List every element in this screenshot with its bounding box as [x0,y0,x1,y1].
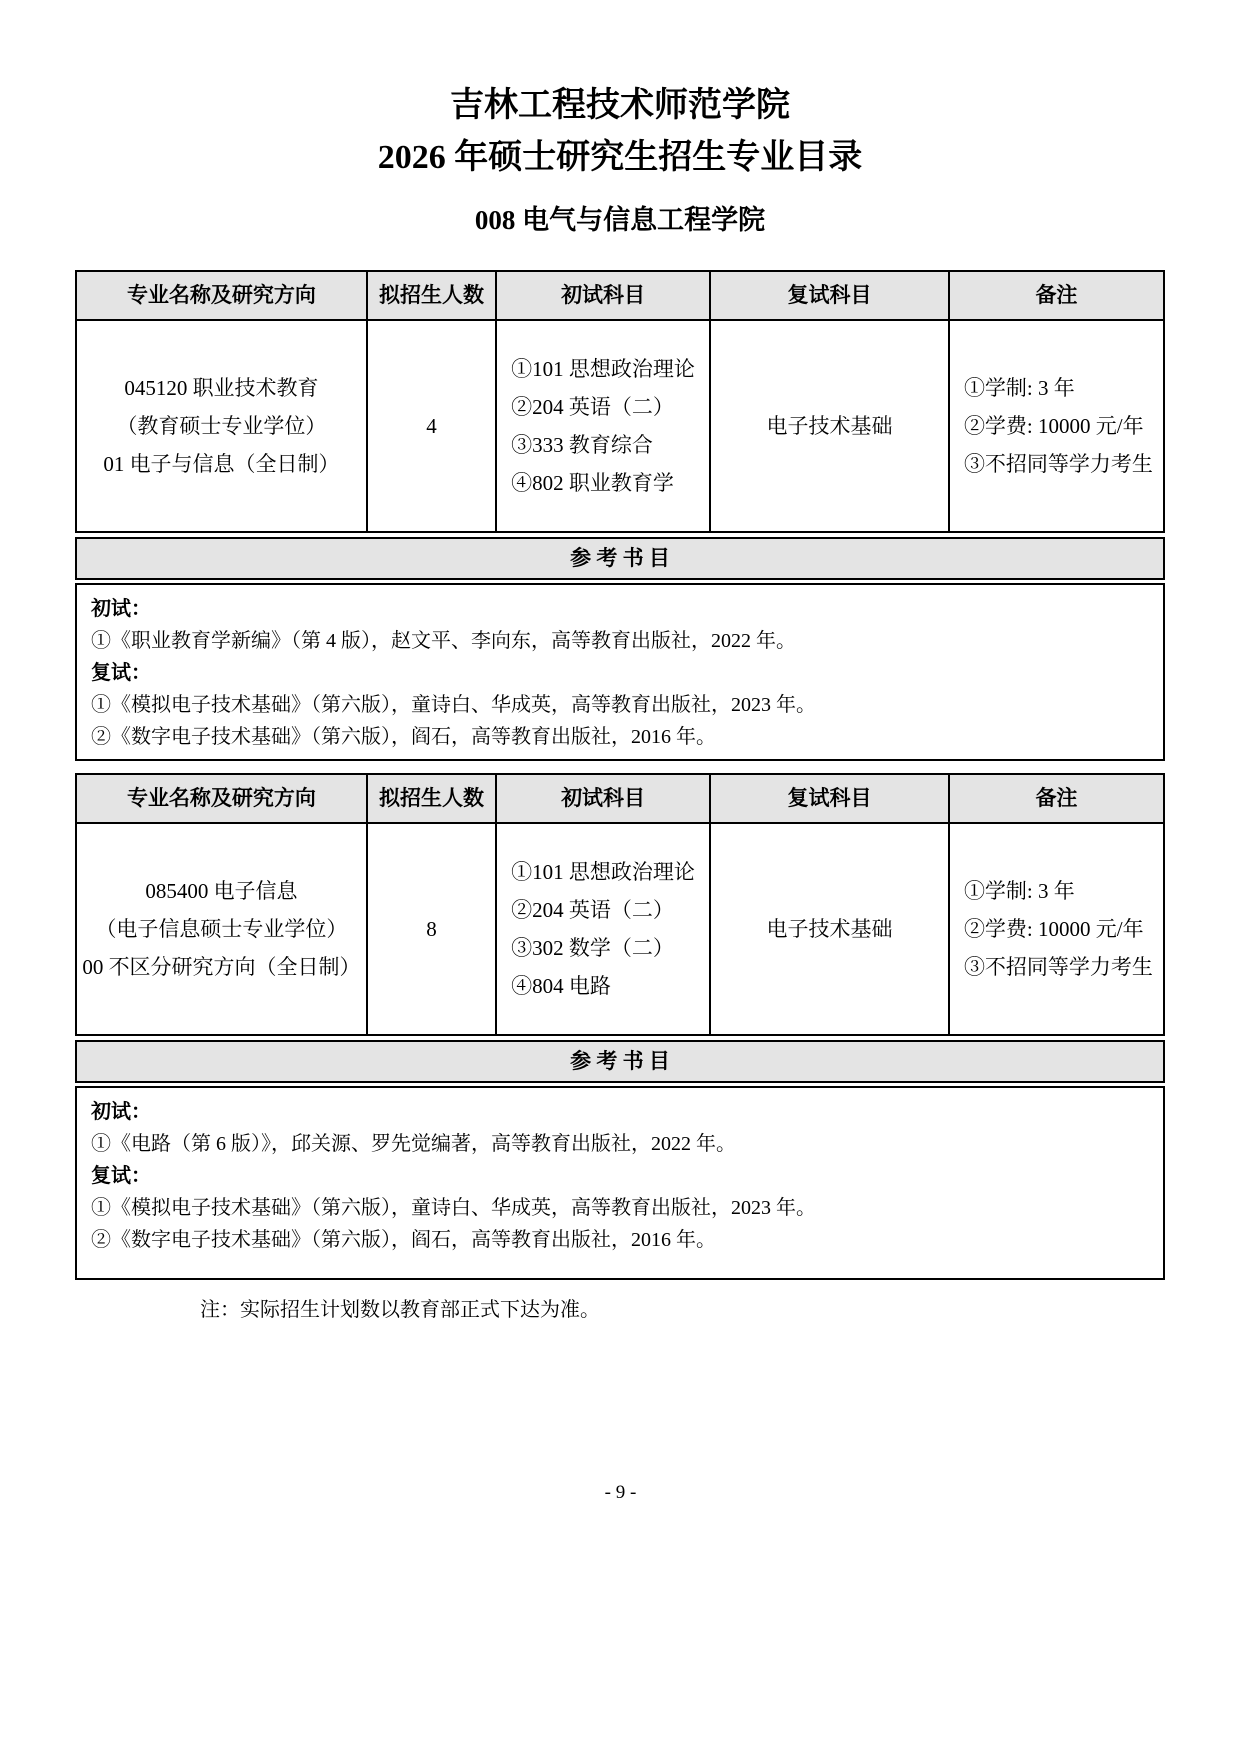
remark-line: ②学费: 10000 元/年 [964,910,1144,948]
table-1-data-row: 045120 职业技术教育 （教育硕士专业学位） 01 电子与信息（全日制） 4… [77,321,1163,531]
reference-book-entry: ①《模拟电子技术基础》（第六版），童诗白、华成英，高等教育出版社，2023 年。 [91,1192,1149,1224]
table-2-cell-retest-subject: 电子技术基础 [709,824,948,1034]
reference-book-entry: ①《模拟电子技术基础》（第六版），童诗白、华成英，高等教育出版社，2023 年。 [91,689,1149,721]
table-1-cell-retest-subject: 电子技术基础 [709,321,948,531]
table-1-col-header-remarks: 备注 [948,272,1163,319]
table-1-cell-initial-subjects: ①101 思想政治理论 ②204 英语（二） ③333 教育综合 ④802 职业… [495,321,709,531]
university-title: 吉林工程技术师范学院 [75,84,1165,128]
remark-line: ②学费: 10000 元/年 [964,407,1144,445]
table-1-cell-remarks: ①学制: 3 年 ②学费: 10000 元/年 ③不招同等学力考生 [948,321,1163,531]
remark-line: ①学制: 3 年 [964,369,1075,407]
retest-subject: 电子技术基础 [766,910,892,948]
table-2-reference-books-header: 参 考 书 目 [75,1040,1165,1083]
initial-subject: ②204 英语（二） [511,891,674,929]
major-line: 045120 职业技术教育 [124,369,318,407]
table-2-col-header-major: 专业名称及研究方向 [77,775,366,822]
enrollment-count: 8 [426,910,437,948]
table-1-reference-books-list: 初试： ①《职业教育学新编》（第 4 版），赵文平、李向东，高等教育出版社，20… [75,583,1165,761]
table-1-cell-enrollment: 4 [366,321,495,531]
major-line: 085400 电子信息 [145,872,297,910]
catalog-title: 2026 年硕士研究生招生专业目录 [75,136,1165,180]
page-content: 吉林工程技术师范学院 2026 年硕士研究生招生专业目录 008 电气与信息工程… [75,0,1165,1324]
table-1-col-header-retest: 复试科目 [709,272,948,319]
page-number: - 9 - [0,1482,1241,1504]
initial-subject: ①101 思想政治理论 [511,350,695,388]
program-block-045120: 专业名称及研究方向 拟招生人数 初试科目 复试科目 备注 045120 职业技术… [75,270,1165,761]
major-line: 00 不区分研究方向（全日制） [82,948,360,986]
table-2-data-row: 085400 电子信息 （电子信息硕士专业学位） 00 不区分研究方向（全日制）… [77,824,1163,1034]
table-2-cell-enrollment: 8 [366,824,495,1034]
initial-subject: ①101 思想政治理论 [511,853,695,891]
program-block-085400: 专业名称及研究方向 拟招生人数 初试科目 复试科目 备注 085400 电子信息… [75,773,1165,1280]
remark-line: ①学制: 3 年 [964,872,1075,910]
initial-subject: ②204 英语（二） [511,388,674,426]
reference-book-entry: ①《职业教育学新编》（第 4 版），赵文平、李向东，高等教育出版社，2022 年… [91,625,1149,657]
reference-book-entry: ②《数字电子技术基础》（第六版），阎石，高等教育出版社，2016 年。 [91,721,1149,753]
document-page: 吉林工程技术师范学院 2026 年硕士研究生招生专业目录 008 电气与信息工程… [0,0,1241,1754]
footnote: 注：实际招生计划数以教育部正式下达为准。 [200,1296,1165,1324]
table-1-col-header-major: 专业名称及研究方向 [77,272,366,319]
initial-subject: ④804 电路 [511,967,611,1005]
reference-section-label: 初试： [91,1096,1149,1128]
reference-section-label: 复试： [91,657,1149,689]
table-1-cell-major: 045120 职业技术教育 （教育硕士专业学位） 01 电子与信息（全日制） [77,321,366,531]
initial-subject: ③302 数学（二） [511,929,674,967]
table-2-cell-major: 085400 电子信息 （电子信息硕士专业学位） 00 不区分研究方向（全日制） [77,824,366,1034]
table-2-cell-remarks: ①学制: 3 年 ②学费: 10000 元/年 ③不招同等学力考生 [948,824,1163,1034]
table-2-col-header-remarks: 备注 [948,775,1163,822]
initial-subject: ④802 职业教育学 [511,464,674,502]
remark-line: ③不招同等学力考生 [964,445,1153,483]
table-2-header-row: 专业名称及研究方向 拟招生人数 初试科目 复试科目 备注 [77,775,1163,824]
program-table-2: 专业名称及研究方向 拟招生人数 初试科目 复试科目 备注 085400 电子信息… [75,773,1165,1036]
table-2-col-header-initial-exam: 初试科目 [495,775,709,822]
table-1-reference-books-header: 参 考 书 目 [75,537,1165,580]
major-line: 01 电子与信息（全日制） [103,445,339,483]
enrollment-count: 4 [426,407,437,445]
program-table-1: 专业名称及研究方向 拟招生人数 初试科目 复试科目 备注 045120 职业技术… [75,270,1165,533]
table-2-cell-initial-subjects: ①101 思想政治理论 ②204 英语（二） ③302 数学（二） ④804 电… [495,824,709,1034]
retest-subject: 电子技术基础 [766,407,892,445]
reference-section-label: 复试： [91,1160,1149,1192]
major-line: （电子信息硕士专业学位） [95,910,347,948]
reference-book-entry: ②《数字电子技术基础》（第六版），阎石，高等教育出版社，2016 年。 [91,1224,1149,1256]
initial-subject: ③333 教育综合 [511,426,653,464]
table-1-header-row: 专业名称及研究方向 拟招生人数 初试科目 复试科目 备注 [77,272,1163,321]
remark-line: ③不招同等学力考生 [964,948,1153,986]
major-line: （教育硕士专业学位） [116,407,326,445]
table-2-reference-books-list: 初试： ①《电路（第 6 版）》，邱关源、罗先觉编著，高等教育出版社，2022 … [75,1086,1165,1280]
college-section-title: 008 电气与信息工程学院 [75,202,1165,238]
reference-section-label: 初试： [91,593,1149,625]
table-2-col-header-enrollment: 拟招生人数 [366,775,495,822]
table-1-col-header-initial-exam: 初试科目 [495,272,709,319]
reference-book-entry: ①《电路（第 6 版）》，邱关源、罗先觉编著，高等教育出版社，2022 年。 [91,1128,1149,1160]
table-1-col-header-enrollment: 拟招生人数 [366,272,495,319]
table-2-col-header-retest: 复试科目 [709,775,948,822]
